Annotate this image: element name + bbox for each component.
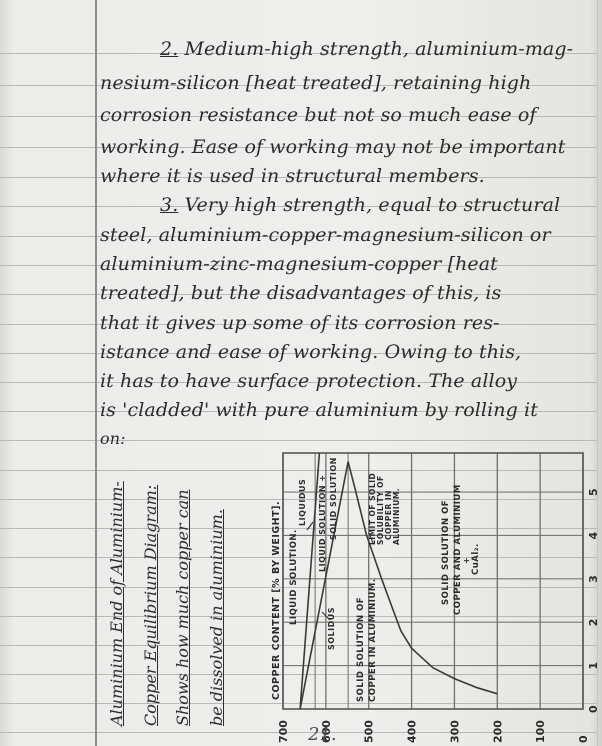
ruled-line bbox=[0, 616, 598, 617]
paragraph-3-line-1: 3. Very high strength, equal to structur… bbox=[160, 194, 560, 216]
annotation-solvus-2: SOLUBILITY OF bbox=[376, 475, 385, 545]
annotation-solid-solution-2: COPPER IN ALUMINIUM. bbox=[368, 578, 378, 702]
diagram-caption: Aluminium End of Aluminium- Copper Equil… bbox=[102, 436, 238, 726]
caption-line-4: be dissolved in aluminium. bbox=[208, 509, 226, 726]
ruled-line bbox=[0, 703, 598, 704]
curve-liquidus bbox=[300, 453, 319, 709]
copper-tick-label: 3 bbox=[587, 575, 600, 583]
page-edge bbox=[597, 0, 598, 746]
annotation-solvus-3: COPPER IN bbox=[384, 490, 393, 540]
chart-frame bbox=[283, 453, 583, 709]
page-number: 21. bbox=[308, 724, 337, 745]
annotation-two-phase-2: COPPER AND ALUMINIUM bbox=[453, 484, 463, 615]
copper-tick-label: 4 bbox=[587, 531, 600, 539]
copper-tick-label: 1 bbox=[587, 662, 600, 670]
paragraph-3-line-6: istance and ease of working. Owing to th… bbox=[100, 341, 521, 363]
annotation-solid-solution: SOLID SOLUTION OF bbox=[356, 597, 366, 702]
annotation-solvus-4: ALUMINIUM. bbox=[392, 488, 401, 545]
margin-line bbox=[95, 0, 97, 746]
annotation-two-phase-4: CuAl₂. bbox=[471, 543, 481, 575]
paragraph-3-line-3: aluminium-zinc-magnesium-copper [heat bbox=[100, 253, 498, 275]
paragraph-2-line-3: corrosion resistance but not so much eas… bbox=[100, 104, 537, 126]
caption-line-2: Copper Equilibrium Diagram: bbox=[142, 485, 160, 726]
annotation-solvus: LIMIT OF SOLID bbox=[368, 473, 377, 545]
ruled-line bbox=[0, 470, 598, 471]
ruled-line bbox=[0, 440, 598, 441]
ruled-line bbox=[0, 528, 598, 529]
annotation-liquid-solution: LIQUID SOLUTION. bbox=[289, 529, 299, 625]
paragraph-3-number: 3. bbox=[160, 194, 178, 216]
paragraph-3-line-5: that it gives up some of its corrosion r… bbox=[100, 312, 500, 334]
temperature-tick-label: 0 bbox=[577, 735, 590, 743]
paragraph-2-line-1: 2. Medium-high strength, aluminium-mag- bbox=[160, 38, 573, 60]
ruled-line bbox=[0, 732, 598, 733]
paragraph-2-line-4: working. Ease of working may not be impo… bbox=[100, 136, 565, 158]
annotation-solidus: SOLIDUS bbox=[327, 607, 336, 650]
paragraph-3-line-4: treated], but the disadvantages of this,… bbox=[100, 282, 501, 304]
caption-line-1: Aluminium End of Aluminium- bbox=[108, 481, 126, 726]
paragraph-2-number: 2. bbox=[160, 38, 178, 60]
ruled-line bbox=[0, 645, 598, 646]
ruled-line bbox=[0, 674, 598, 675]
ruled-line bbox=[0, 587, 598, 588]
ruled-line bbox=[0, 499, 598, 500]
annotation-liquidus: LIQUIDUS bbox=[298, 479, 307, 526]
paragraph-3-line-7: it has to have surface protection. The a… bbox=[100, 370, 517, 392]
arrow-solvus bbox=[369, 533, 373, 543]
paragraph-3-line-2: steel, aluminium-copper-magnesium-silico… bbox=[100, 224, 551, 246]
notebook-page: 2. Medium-high strength, aluminium-mag- … bbox=[0, 0, 602, 746]
paragraph-2-line-5: where it is used in structural members. bbox=[100, 165, 485, 187]
copper-tick-label: 2 bbox=[587, 619, 600, 627]
axis-label-copper-content: COPPER CONTENT [% BY WEIGHT]. bbox=[271, 501, 282, 700]
copper-tick-label: 5 bbox=[587, 488, 600, 496]
paragraph-3-line-8: is 'cladded' with pure aluminium by roll… bbox=[100, 399, 538, 421]
copper-tick-label: 0 bbox=[587, 705, 600, 713]
curve-solvus bbox=[348, 462, 497, 694]
caption-line-3: Shows how much copper can bbox=[174, 489, 192, 726]
paragraph-2-line-2: nesium-silicon [heat treated], retaining… bbox=[100, 72, 531, 94]
ruled-line bbox=[0, 557, 598, 558]
annotation-two-phase: SOLID SOLUTION OF bbox=[441, 500, 451, 605]
